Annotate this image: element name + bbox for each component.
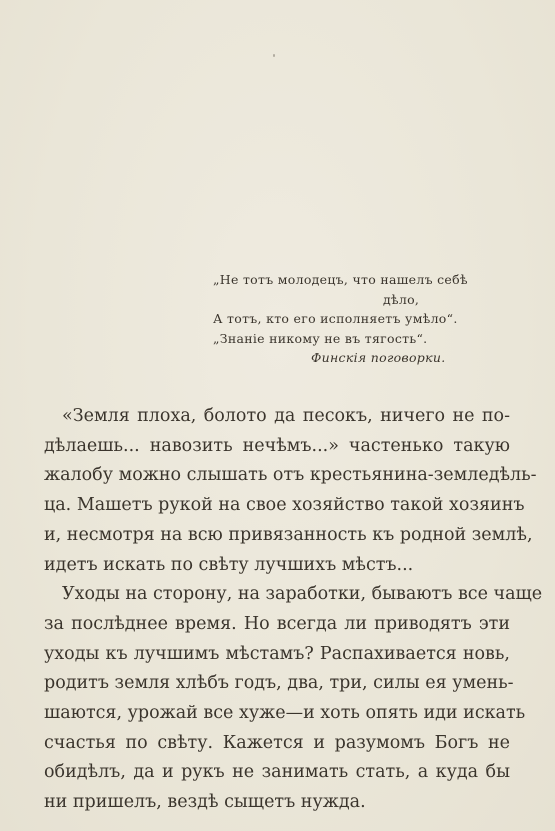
paragraph-2-line: шаются, урожай все хуже—и хоть опять иди…	[44, 699, 510, 729]
paragraph-2-line: счастья по свѣту. Кажется и разумомъ Бог…	[44, 729, 510, 759]
ink-speck	[273, 54, 275, 57]
paragraph-2-line: уходы къ лучшимъ мѣстамъ? Распахивается …	[44, 640, 510, 670]
paragraph-1-line: «Земля плоха, болото да песокъ, ничего н…	[44, 402, 510, 432]
paragraph-2-line: ни пришелъ, вездѣ сыщетъ нужда.	[44, 788, 510, 818]
paragraph-2-line: обидѣлъ, да и рукъ не занимать стать, а …	[44, 758, 510, 788]
paragraph-1-line: идетъ искать по свѣту лучшихъ мѣстъ...	[44, 551, 510, 581]
epigraph-line: „Не тотъ молодецъ, что нашелъ себѣ	[213, 270, 513, 290]
paragraph-1-line: и, несмотря на всю привязанность къ родн…	[44, 521, 510, 551]
paragraph-1-line: ца. Машетъ рукой на свое хозяйство такой…	[44, 491, 510, 521]
paragraph-2-line: Уходы на сторону, на заработки, бываютъ …	[44, 580, 510, 610]
paragraph-2-line: за послѣднее время. Но всегда ли приводя…	[44, 610, 510, 640]
paragraph-2-line: родитъ земля хлѣбъ годъ, два, три, силы …	[44, 669, 510, 699]
epigraph-line: А тотъ, кто его исполняетъ умѣло“.	[213, 309, 513, 329]
paragraph-1-line: жалобу можно слышать отъ крестьянина-зем…	[44, 461, 510, 491]
epigraph-line: „Знаніе никому не въ тягость“.	[213, 329, 513, 349]
epigraph-line: дѣло,	[213, 290, 513, 310]
epigraph: „Не тотъ молодецъ, что нашелъ себѣ дѣло,…	[213, 270, 513, 368]
paragraph-1-line: дѣлаешь... навозить нечѣмъ...» частенько…	[44, 432, 510, 462]
epigraph-source: Финскія поговорки.	[213, 348, 513, 368]
body-text: «Земля плоха, болото да песокъ, ничего н…	[44, 402, 510, 818]
